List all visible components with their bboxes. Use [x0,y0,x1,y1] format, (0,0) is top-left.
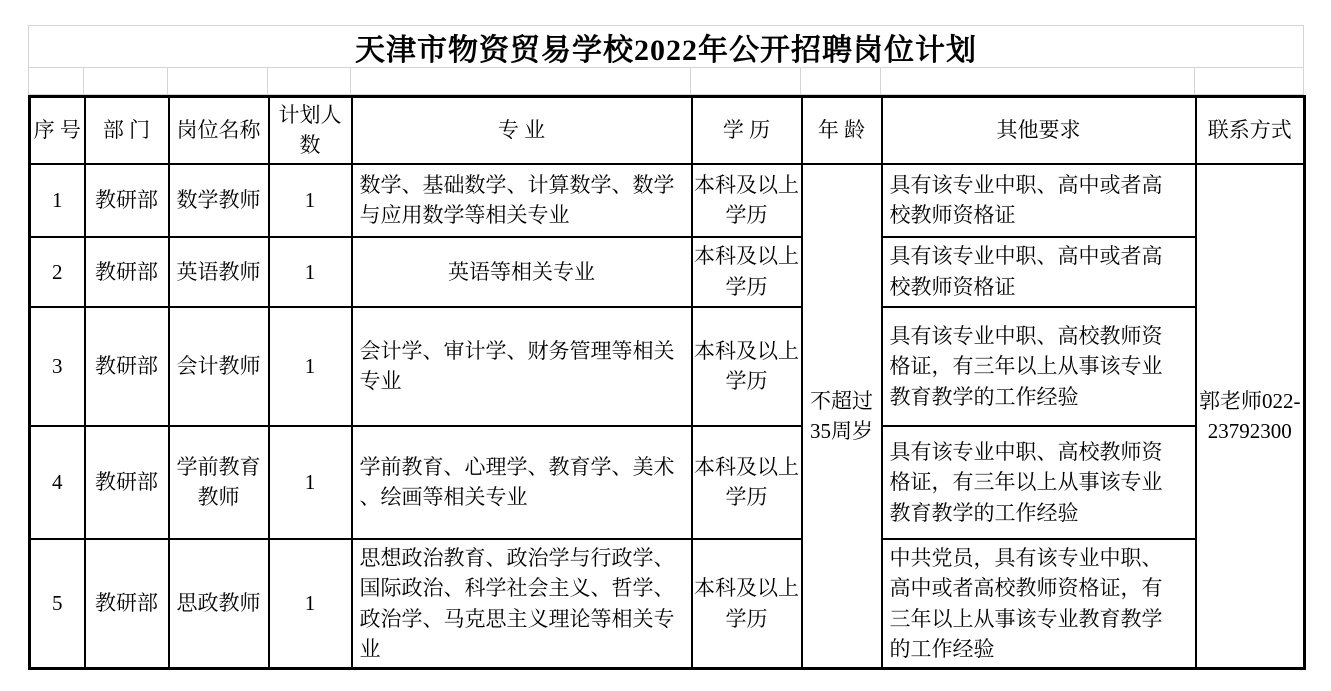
cell-position: 学前教育 教师 [169,426,269,539]
spacer-cell [351,68,691,94]
cell-major: 思想政治教育、政治学与行政学、 国际政治、科学社会主义、哲学、 政治学、马克思主… [352,539,692,669]
header-contact: 联系方式 [1196,97,1305,164]
spacer-cell [881,68,1195,94]
header-no: 序 号 [30,97,85,164]
cell-major: 会计学、审计学、财务管理等相关 专业 [352,307,692,426]
cell-age-merged: 不超过 35周岁 [802,164,882,669]
cell-no: 5 [30,539,85,669]
cell-other: 具有该专业中职、高中或者高 校教师资格证 [882,164,1196,237]
cell-dept: 教研部 [85,237,169,307]
cell-count: 1 [269,237,352,307]
spacer-cell [268,68,351,94]
cell-dept: 教研部 [85,164,169,237]
cell-major: 数学、基础数学、计算数学、数学 与应用数学等相关专业 [352,164,692,237]
cell-education: 本科及以上 学历 [692,164,802,237]
table-row: 2 教研部 英语教师 1 英语等相关专业 本科及以上 学历 具有该专业中职、高中… [30,237,1305,307]
cell-other: 具有该专业中职、高中或者高 校教师资格证 [882,237,1196,307]
header-position: 岗位名称 [169,97,269,164]
header-other: 其他要求 [882,97,1196,164]
cell-position: 英语教师 [169,237,269,307]
page-title: 天津市物资贸易学校2022年公开招聘岗位计划 [28,25,1304,68]
cell-major: 学前教育、心理学、教育学、美术 、绘画等相关专业 [352,426,692,539]
cell-count: 1 [269,307,352,426]
table-row: 5 教研部 思政教师 1 思想政治教育、政治学与行政学、 国际政治、科学社会主义… [30,539,1305,669]
spacer-cell [29,68,84,94]
spacer-cell [801,68,881,94]
cell-education: 本科及以上 学历 [692,426,802,539]
header-count: 计划人数 [269,97,352,164]
header-dept: 部 门 [85,97,169,164]
cell-no: 4 [30,426,85,539]
cell-dept: 教研部 [85,307,169,426]
table-row: 1 教研部 数学教师 1 数学、基础数学、计算数学、数学 与应用数学等相关专业 … [30,164,1305,237]
cell-contact-merged: 郭老师022- 23792300 [1196,164,1305,669]
header-major: 专 业 [352,97,692,164]
header-row: 序 号 部 门 岗位名称 计划人数 专 业 学 历 年 龄 其他要求 联系方式 [30,97,1305,164]
cell-education: 本科及以上 学历 [692,539,802,669]
header-age: 年 龄 [802,97,882,164]
cell-count: 1 [269,426,352,539]
cell-other: 中共党员，具有该专业中职、 高中或者高校教师资格证，有 三年以上从事该专业教育教… [882,539,1196,669]
spacer-cell [84,68,168,94]
table-row: 3 教研部 会计教师 1 会计学、审计学、财务管理等相关 专业 本科及以上 学历… [30,307,1305,426]
cell-other: 具有该专业中职、高校教师资 格证，有三年以上从事该专业 教育教学的工作经验 [882,307,1196,426]
cell-no: 2 [30,237,85,307]
header-education: 学 历 [692,97,802,164]
cell-count: 1 [269,164,352,237]
recruitment-table: 序 号 部 门 岗位名称 计划人数 专 业 学 历 年 龄 其他要求 联系方式 … [28,95,1306,670]
cell-other: 具有该专业中职、高校教师资 格证，有三年以上从事该专业 教育教学的工作经验 [882,426,1196,539]
cell-position: 会计教师 [169,307,269,426]
spreadsheet-page: 天津市物资贸易学校2022年公开招聘岗位计划 序 号 部 门 岗位名称 计划人数… [0,0,1331,691]
cell-dept: 教研部 [85,426,169,539]
spacer-row [28,68,1304,95]
cell-position: 数学教师 [169,164,269,237]
cell-education: 本科及以上 学历 [692,237,802,307]
cell-count: 1 [269,539,352,669]
spacer-cell [168,68,268,94]
cell-position: 思政教师 [169,539,269,669]
cell-major: 英语等相关专业 [352,237,692,307]
cell-dept: 教研部 [85,539,169,669]
cell-no: 1 [30,164,85,237]
cell-education: 本科及以上 学历 [692,307,802,426]
spacer-cell [691,68,801,94]
table-row: 4 教研部 学前教育 教师 1 学前教育、心理学、教育学、美术 、绘画等相关专业… [30,426,1305,539]
cell-no: 3 [30,307,85,426]
spacer-cell [1195,68,1304,94]
